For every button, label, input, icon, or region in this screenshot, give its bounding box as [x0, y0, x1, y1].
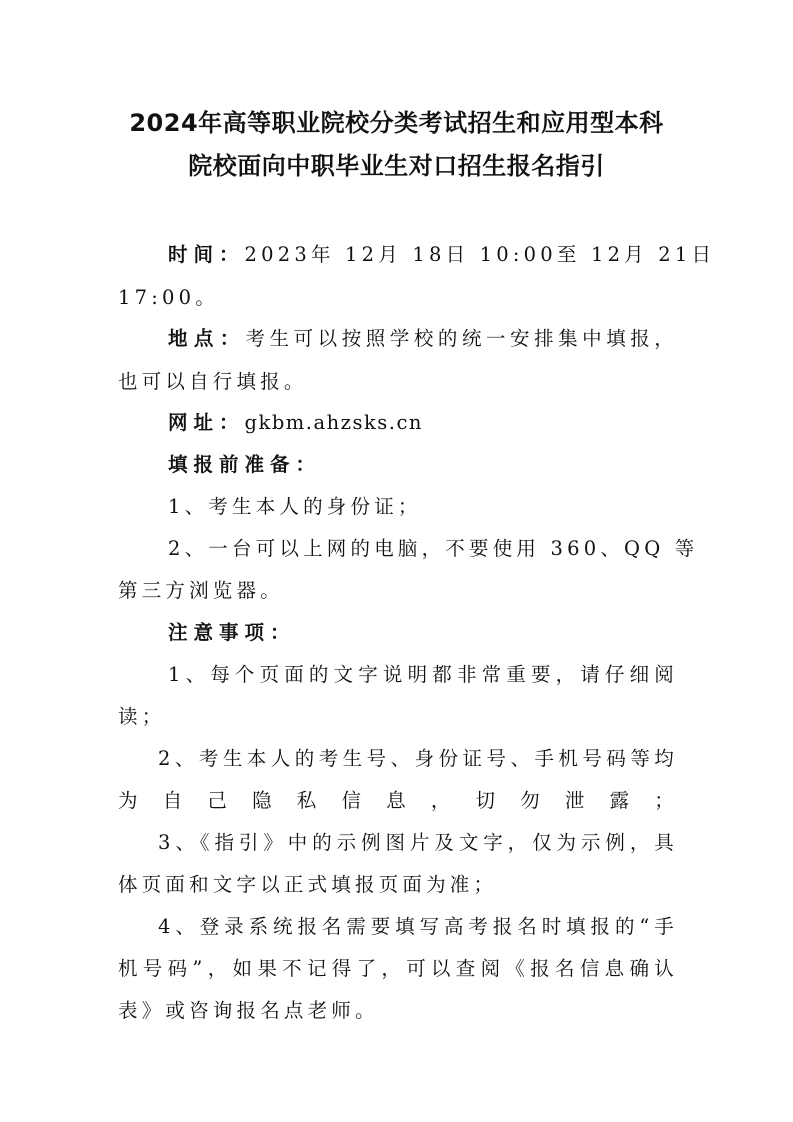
- website-paragraph: 网址：gkbm.ahzsks.cn: [168, 409, 678, 437]
- notes-item-1: 1、每个页面的文字说明都非常重要，请仔细阅: [168, 661, 678, 689]
- website-url: gkbm.ahzsks.cn: [245, 411, 423, 434]
- preparation-item-2: 2、一台可以上网的电脑，不要使用 360、QQ 等: [168, 535, 678, 563]
- website-label: 网址：: [168, 411, 245, 434]
- preparation-item-2-cont: 第三方浏览器。: [118, 577, 678, 605]
- time-label: 时间：: [168, 243, 245, 266]
- notes-item-4-cont: 机号码”，如果不记得了，可以查阅《报名信息确认: [118, 955, 678, 983]
- notes-item-4-cont-2: 表》或咨询报名点老师。: [118, 997, 678, 1025]
- notes-item-3-cont: 体页面和文字以正式填报页面为准；: [118, 871, 678, 899]
- place-value: 考生可以按照学校的统一安排集中填报，: [246, 327, 678, 350]
- notes-item-3: 3、《指引》中的示例图片及文字，仅为示例，具: [158, 829, 678, 857]
- notes-item-2-cont: 为自己隐私信息，切勿泄露；: [118, 787, 678, 815]
- time-value: 2023年 12月 18日 10:00至 12月 21日: [245, 243, 716, 266]
- time-paragraph: 时间：2023年 12月 18日 10:00至 12月 21日: [168, 241, 678, 269]
- time-paragraph-cont: 17:00。: [118, 284, 678, 312]
- notes-item-4: 4、登录系统报名需要填写高考报名时填报的“手: [158, 913, 678, 941]
- notes-item-2: 2、考生本人的考生号、身份证号、手机号码等均: [158, 745, 678, 773]
- place-label: 地点：: [168, 327, 246, 350]
- notes-item-1-cont: 读；: [118, 703, 678, 731]
- preparation-item-1: 1、考生本人的身份证；: [168, 493, 678, 521]
- document-title-line-1: 2024年高等职业院校分类考试招生和应用型本科: [0, 103, 793, 138]
- preparation-heading: 填报前准备：: [168, 451, 678, 479]
- notes-heading: 注意事项：: [168, 619, 678, 647]
- place-paragraph-cont: 也可以自行填报。: [118, 368, 678, 396]
- place-paragraph: 地点：考生可以按照学校的统一安排集中填报，: [168, 325, 678, 353]
- document-title-line-2: 院校面向中职毕业生对口招生报名指引: [0, 146, 793, 181]
